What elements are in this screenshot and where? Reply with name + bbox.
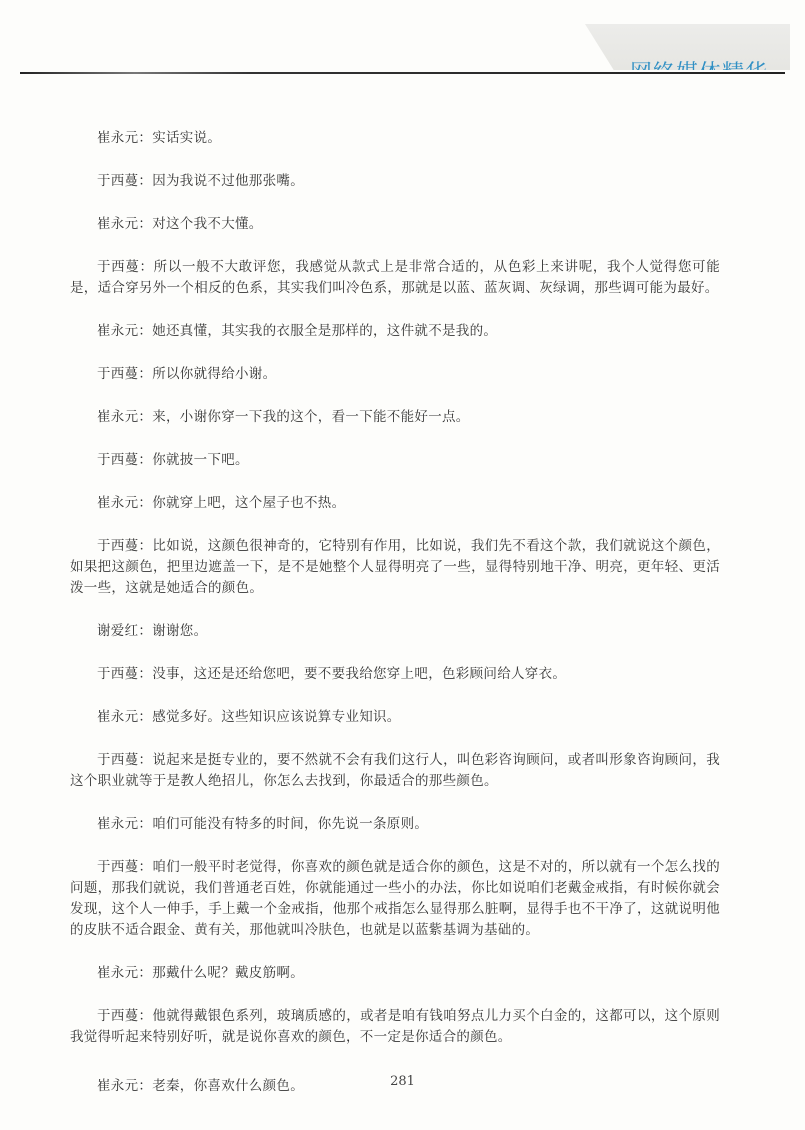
dialogue-line: 崔永元：感觉多好。这些知识应该说算专业知识。 <box>70 707 720 728</box>
dialogue-line: 于西蔓：所以你就得给小谢。 <box>70 364 720 385</box>
header-section-tab: 网络媒体精华 <box>585 24 790 70</box>
dialogue-line: 崔永元：她还真懂，其实我的衣服全是那样的，这件就不是我的。 <box>70 321 720 342</box>
dialogue-line: 崔永元：对这个我不大懂。 <box>70 214 720 235</box>
dialogue-line: 于西蔓：比如说，这颜色很神奇的，它特别有作用，比如说，我们先不看这个款，我们就说… <box>70 536 720 599</box>
dialogue-line: 于西蔓：咱们一般平时老觉得，你喜欢的颜色就是适合你的颜色，这是不对的，所以就有一… <box>70 857 720 941</box>
page-number: 281 <box>0 1074 805 1089</box>
dialogue-line: 于西蔓：所以一般不大敢评您，我感觉从款式上是非常合适的，从色彩上来讲呢，我个人觉… <box>70 257 720 299</box>
dialogue-line: 于西蔓：没事，这还是还给您吧，要不要我给您穿上吧，色彩顾问给人穿衣。 <box>70 664 720 685</box>
dialogue-line: 崔永元：咱们可能没有特多的时间，你先说一条原则。 <box>70 814 720 835</box>
dialogue-line: 于西蔓：说起来是挺专业的，要不然就不会有我们这行人，叫色彩咨询顾问，或者叫形象咨… <box>70 750 720 792</box>
dialogue-line: 崔永元：你就穿上吧，这个屋子也不热。 <box>70 493 720 514</box>
dialogue-line: 于西蔓：他就得戴银色系列，玻璃质感的，或者是咱有钱咱努点儿力买个白金的，这都可以… <box>70 1006 720 1048</box>
dialogue-line: 崔永元：那戴什么呢？戴皮筋啊。 <box>70 963 720 984</box>
dialogue-line: 崔永元：来，小谢你穿一下我的这个，看一下能不能好一点。 <box>70 407 720 428</box>
dialogue-line: 谢爱红：谢谢您。 <box>70 621 720 642</box>
dialogue-transcript: 崔永元：实话实说。 于西蔓：因为我说不过他那张嘴。 崔永元：对这个我不大懂。 于… <box>70 128 720 1097</box>
dialogue-line: 崔永元：实话实说。 <box>70 128 720 149</box>
dialogue-line: 于西蔓：因为我说不过他那张嘴。 <box>70 171 720 192</box>
header-divider <box>20 72 785 74</box>
dialogue-line: 于西蔓：你就披一下吧。 <box>70 450 720 471</box>
